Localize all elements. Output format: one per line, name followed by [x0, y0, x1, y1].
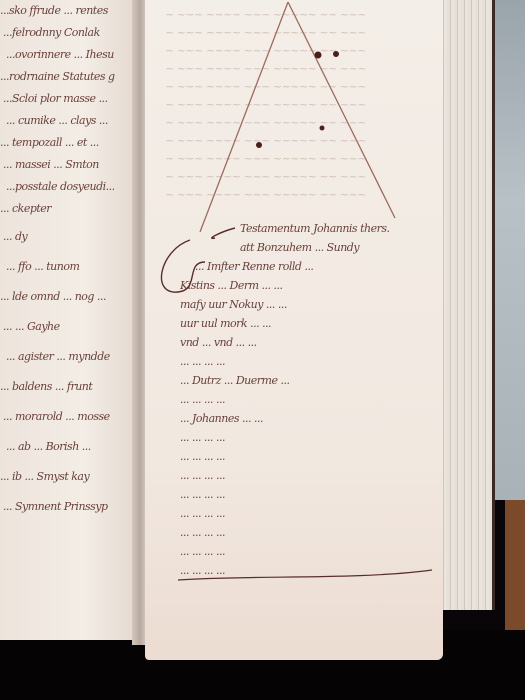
manuscript-photo: ...sko ffrude ... rentes...felrodnny Con… [0, 0, 525, 700]
triangle-drawing [0, 0, 525, 700]
